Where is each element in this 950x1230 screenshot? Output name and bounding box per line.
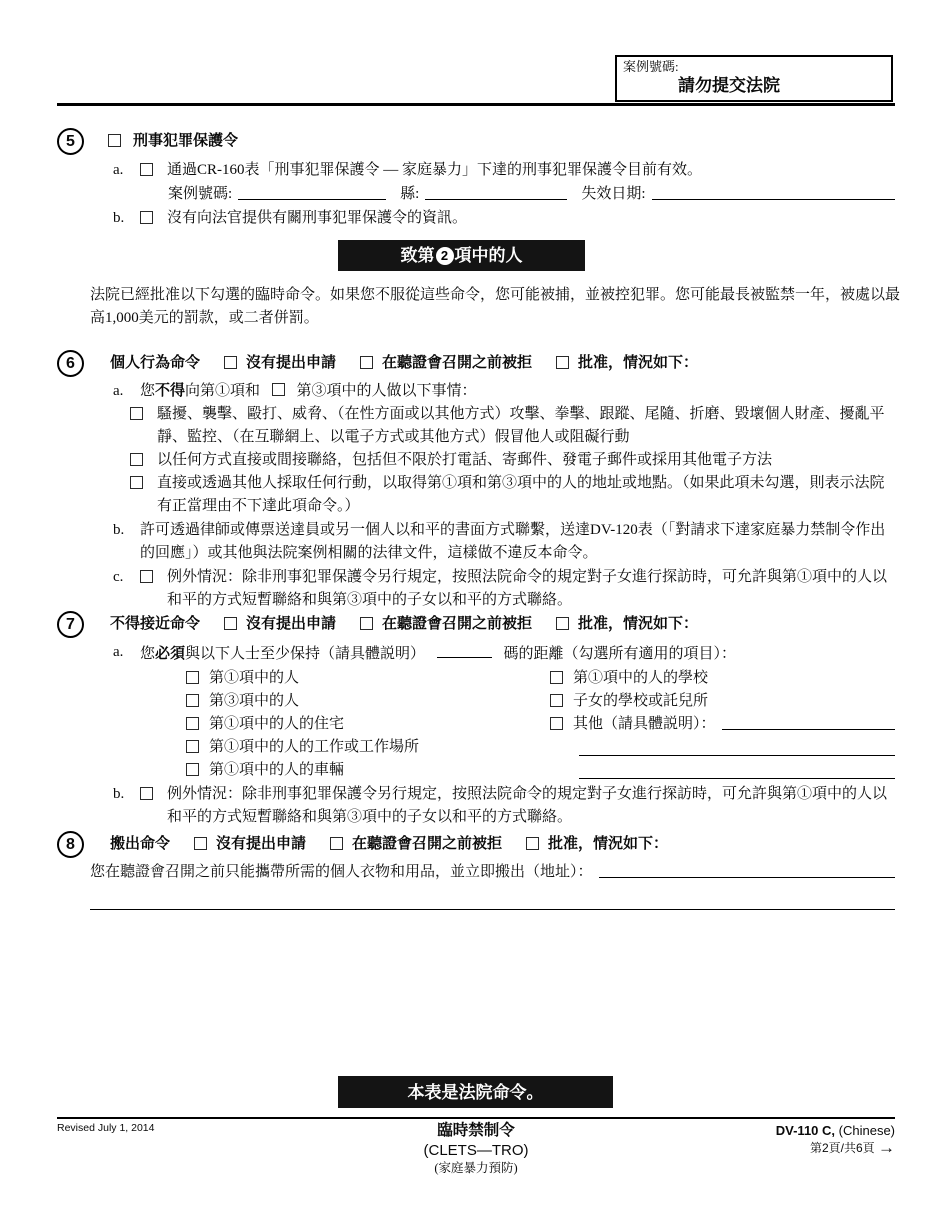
s5a-case-field[interactable] (238, 183, 386, 200)
s8-granted-label: 批准，情況如下： (548, 833, 668, 856)
section-6-personal-conduct-orders: 6 個人行為命令 沒有提出申請 在聽證會召開之前被拒 批准，情況如下： a. 您… (57, 350, 895, 612)
s6b-text: 許可透過律師或傳票送達員或另一個人以和平的書面方式聯繫，送達DV-120表（「對… (140, 519, 895, 565)
s7a-bold: 必須 (155, 646, 185, 662)
s7a-r3-label: 其他（請具體説明）： (573, 713, 716, 736)
s7a-left-column: 第①項中的人 第③項中的人 第①項中的人的住宅 第①項中的人的工作或工作場所 第… (186, 667, 550, 782)
s7a-l1-label: 第①項中的人 (209, 667, 299, 690)
to-person-banner: 致第 2 項中的人 (338, 240, 585, 271)
s5a-expire-label: 失效日期: (581, 183, 645, 206)
revision-date: Revised July 1, 2014 (57, 1122, 154, 1135)
item-7b-letter: b. (113, 783, 140, 806)
page-number-line: 第2頁/共6頁 → (776, 1139, 895, 1157)
s5a-checkbox[interactable] (140, 163, 153, 176)
section-7-number: 7 (57, 611, 84, 638)
court-order-banner-text: 本表是法院命令。 (408, 1081, 544, 1104)
s6a-post: 第③項中的人做以下事情： (297, 383, 477, 399)
s5a-text: 通過CR-160表「刑事犯罪保護令 — 家庭暴力」下達的刑事犯罪保護令目前有效。 (167, 159, 895, 182)
s6-denied-checkbox[interactable] (360, 356, 373, 369)
s6a-sub3-text: 直接或透過其他人採取任何行動，以取得第①項和第③項中的人的地址或地點。（如果此項… (157, 472, 895, 518)
s8-not-requested-label: 沒有提出申請 (216, 833, 306, 856)
s5a-expire-field[interactable] (652, 183, 895, 200)
form-title-clets: (CLETS—TRO) (57, 1141, 895, 1160)
banner-text-post: 項中的人 (455, 244, 523, 267)
s8-address-field-line2[interactable] (90, 893, 895, 910)
banner-text-pre: 致第 (401, 244, 435, 267)
s6a-pre: 您 (140, 383, 155, 399)
s6a-sub2-text: 以任何方式直接或間接聯絡，包括但不限於打電話、寄郵件、發電子郵件或採用其他電子方… (157, 449, 895, 472)
s7a-other-field-line2[interactable] (579, 739, 895, 756)
s6a-subitem-3: 直接或透過其他人採取任何行動，以取得第①項和第③項中的人的地址或地點。（如果此項… (130, 472, 895, 518)
s5b-text: 沒有向法官提供有關刑事犯罪保護令的資訊。 (167, 207, 895, 230)
court-order-banner: 本表是法院命令。 (338, 1076, 613, 1108)
page-number: 第2頁/共6頁 (810, 1141, 878, 1155)
s6-not-requested-checkbox[interactable] (224, 356, 237, 369)
s7a-text: 您必須與以下人士至少保持（請具體説明） 碼的距離（勾選所有適用的項目）： (140, 641, 895, 666)
s6-not-requested-label: 沒有提出申請 (246, 352, 336, 375)
section-8-title: 搬出命令 (110, 833, 170, 856)
s7b-text: 例外情況：除非刑事犯罪保護令另行規定，按照法院命令的規定對子女進行探訪時，可允許… (167, 783, 895, 829)
s7a-l3-label: 第①項中的人的住宅 (209, 713, 344, 736)
s8-denied-label: 在聽證會召開之前被拒 (352, 833, 502, 856)
form-language: (Chinese) (835, 1123, 895, 1138)
s7a-l2-label: 第③項中的人 (209, 690, 299, 713)
s8-granted-checkbox[interactable] (526, 837, 539, 850)
s5a-case-label: 案例號碼: (168, 183, 232, 206)
s7-granted-label: 批准，情況如下： (578, 613, 698, 636)
next-page-arrow-icon: → (878, 1138, 895, 1157)
item-6a-letter: a. (113, 380, 140, 403)
s7-not-requested-label: 沒有提出申請 (246, 613, 336, 636)
s5b-checkbox[interactable] (140, 211, 153, 224)
s7a-l3-checkbox[interactable] (186, 717, 199, 730)
form-title-chinese: 臨時禁制令 (57, 1121, 895, 1141)
s5-checkbox[interactable] (108, 134, 121, 147)
s7a-r2-label: 子女的學校或託兒所 (573, 690, 708, 713)
s7a-other-field[interactable] (722, 713, 895, 730)
s7a-distance-field[interactable] (437, 641, 492, 658)
s7a-post: 碼的距離（勾選所有適用的項目）： (504, 646, 737, 662)
s5a-county-field[interactable] (425, 183, 567, 200)
s7a-pre: 您 (140, 646, 155, 662)
s8-address-field[interactable] (599, 861, 895, 878)
s7a-r1-checkbox[interactable] (550, 671, 563, 684)
section-8-number: 8 (57, 831, 84, 858)
item-5a-letter: a. (113, 159, 140, 182)
item-6c-letter: c. (113, 566, 140, 589)
s6a-item3-checkbox[interactable] (272, 383, 285, 396)
s6c-text: 例外情況：除非刑事犯罪保護令另行規定，按照法院命令的規定對子女進行探訪時，可允許… (167, 566, 895, 612)
s7-denied-label: 在聽證會召開之前被拒 (382, 613, 532, 636)
section-6-title: 個人行為命令 (110, 352, 200, 375)
s7a-l2-checkbox[interactable] (186, 694, 199, 707)
s6a-sub1-text: 騷擾、襲擊、毆打、威脅、（在性方面或以其他方式）攻擊、拳擊、跟蹤、尾隨、折磨、毀… (157, 403, 895, 449)
s7-not-requested-checkbox[interactable] (224, 617, 237, 630)
s6-granted-checkbox[interactable] (556, 356, 569, 369)
s6-granted-label: 批准，情況如下： (578, 352, 698, 375)
s6a-bold: 不得 (155, 383, 185, 399)
section-5-number: 5 (57, 128, 84, 155)
s7a-l5-checkbox[interactable] (186, 763, 199, 776)
s7-denied-checkbox[interactable] (360, 617, 373, 630)
section-7-title: 不得接近命令 (110, 613, 200, 636)
s6a-subitem-1: 騷擾、襲擊、毆打、威脅、（在性方面或以其他方式）攻擊、拳擊、跟蹤、尾隨、折磨、毀… (130, 403, 895, 449)
item-7a-letter: a. (113, 641, 140, 664)
s7a-l5-label: 第①項中的人的車輛 (209, 759, 344, 782)
s7a-l1-checkbox[interactable] (186, 671, 199, 684)
case-number-label: 案例號碼: (623, 59, 885, 75)
s7a-other-field-line3[interactable] (579, 762, 895, 779)
footer: Revised July 1, 2014 臨時禁制令 (CLETS—TRO) (… (57, 1121, 895, 1177)
s8-text: 您在聽證會召開之前只能攜帶所需的個人衣物和用品，並立即搬出（地址）： (90, 861, 593, 884)
section-6-number: 6 (57, 350, 84, 377)
item-6b-letter: b. (113, 519, 140, 542)
s6c-checkbox[interactable] (140, 570, 153, 583)
intro-paragraph: 法院已經批准以下勾選的臨時命令。如果您不服從這些命令，您可能被捕，並被控犯罪。您… (90, 284, 908, 330)
s6a-text: 您不得向第①項和 第③項中的人做以下事情： (140, 380, 895, 403)
s7a-r2-checkbox[interactable] (550, 694, 563, 707)
s7a-l4-label: 第①項中的人的工作或工作場所 (209, 736, 419, 759)
s6a-sub2-checkbox[interactable] (130, 453, 143, 466)
s6a-sub3-checkbox[interactable] (130, 476, 143, 489)
s8-not-requested-checkbox[interactable] (194, 837, 207, 850)
section-8-move-out-order: 8 搬出命令 沒有提出申請 在聽證會召開之前被拒 批准，情況如下： 您在聽證會召… (57, 831, 895, 910)
s5a-county-label: 縣: (400, 183, 419, 206)
case-number-box: 案例號碼: 請勿提交法院 (615, 55, 893, 102)
s6a-subitem-2: 以任何方式直接或間接聯絡，包括但不限於打電話、寄郵件、發電子郵件或採用其他電子方… (130, 449, 895, 472)
s7-granted-checkbox[interactable] (556, 617, 569, 630)
footer-rule (57, 1117, 895, 1119)
s6a-mid: 向第①項和 (185, 383, 260, 399)
s6-denied-label: 在聽證會召開之前被拒 (382, 352, 532, 375)
s7a-mid: 與以下人士至少保持（請具體説明） (185, 646, 425, 662)
item-5b-letter: b. (113, 207, 140, 230)
s6a-sub1-checkbox[interactable] (130, 407, 143, 420)
section-7-stay-away-order: 7 不得接近命令 沒有提出申請 在聽證會召開之前被拒 批准，情況如下： a. 您… (57, 611, 895, 829)
section-5-criminal-protective-order: 5 刑事犯罪保護令 a. 通過CR-160表「刑事犯罪保護令 — 家庭暴力」下達… (57, 128, 895, 230)
form-code: DV-110 C, (776, 1123, 835, 1138)
s8-denied-checkbox[interactable] (330, 837, 343, 850)
s7a-r3-checkbox[interactable] (550, 717, 563, 730)
header-rule (57, 103, 895, 106)
form-subtitle: (家庭暴力預防) (57, 1160, 895, 1177)
s7a-r1-label: 第①項中的人的學校 (573, 667, 708, 690)
s7a-l4-checkbox[interactable] (186, 740, 199, 753)
form-page: 案例號碼: 請勿提交法院 5 刑事犯罪保護令 a. 通過CR-160表「刑事犯罪… (0, 0, 950, 1230)
section-5-title: 刑事犯罪保護令 (133, 130, 238, 153)
item-2-circled-number: 2 (436, 247, 454, 265)
do-not-file-warning: 請勿提交法院 (678, 75, 885, 97)
s7b-checkbox[interactable] (140, 787, 153, 800)
form-code-line: DV-110 C, (Chinese) (776, 1122, 895, 1139)
s7a-right-column: 第①項中的人的學校 子女的學校或託兒所 其他（請具體説明）： (550, 667, 895, 782)
